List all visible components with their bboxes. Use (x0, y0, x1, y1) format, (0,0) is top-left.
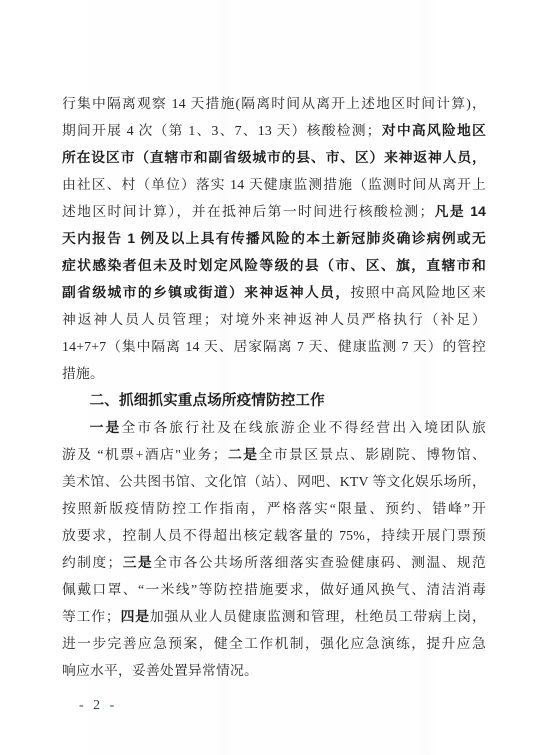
text-line: 响应水平，妥善处置异常情况。 (62, 657, 486, 684)
text-line: 行集中隔离观察 14 天措施(隔离时间从离开上述地区时间计算)， (62, 90, 486, 117)
text-line: 神返神人员人员管理；对境外来神返神人员严格执行（补足） (62, 306, 486, 333)
text-run: 按照新版疫情防控工作指南，严格落实“限量、预约、错峰”开 (62, 501, 486, 516)
text-run: 全市各公共场所落细落实查验健康码、测温、规范 (153, 555, 486, 570)
text-run: 症状感染者但未及时划定风险等级的县（市、区、旗，直辖市和 (62, 258, 486, 273)
text-line: 约制度；三是全市各公共场所落细落实查验健康码、测温、规范 (62, 549, 486, 576)
text-line: 放要求，控制人员不得超出核定载客量的 75%，持续开展门票预 (62, 522, 486, 549)
text-line: 一是全市各旅行社及在线旅游企业不得经营出入境团队旅 (62, 414, 486, 441)
text-run: 神返神人员人员管理；对境外来神返神人员严格执行（补足） (62, 312, 486, 327)
text-line: 美术馆、公共图书馆、文化馆（站）、网吧、KTV 等文化娱乐场所， (62, 468, 486, 495)
text-line: 副省级城市的乡镇或街道）来神返神人员，按照中高风险地区来 (62, 279, 486, 306)
text-run: 佩戴口罩、“一米线”等防控措施要求，做好通风换气、清洁消毒 (62, 582, 486, 597)
text-run: 三是 (122, 555, 154, 570)
text-line: 天内报告 1 例及以上具有传播风险的本土新冠肺炎确诊病例或无 (62, 225, 486, 252)
document-page: 行集中隔离观察 14 天措施(隔离时间从离开上述地区时间计算)，期间开展 4 次… (0, 0, 533, 755)
text-run: 措施。 (62, 366, 104, 381)
text-run: 一是 (90, 420, 122, 435)
text-run: 副省级城市的乡镇或街道）来神返神人员， (62, 285, 351, 300)
text-run: 二是 (227, 447, 259, 462)
text-line: 按照新版疫情防控工作指南，严格落实“限量、预约、错峰”开 (62, 495, 486, 522)
text-run: 述地区时间计算），并在抵神后第一时间进行核酸检测； (62, 204, 433, 219)
text-run: 等工作； (62, 609, 120, 624)
text-run: 二、抓细抓实重点场所疫情防控工作 (90, 393, 325, 409)
document-body: 行集中隔离观察 14 天措施(隔离时间从离开上述地区时间计算)，期间开展 4 次… (62, 90, 486, 684)
section-heading: 二、抓细抓实重点场所疫情防控工作 (62, 387, 486, 414)
text-run: 由社区、村（单位）落实 14 天健康监测措施（监测时间从离开上 (62, 177, 486, 192)
text-run: 14+7+7（集中隔离 14 天、居家隔离 7 天、健康监测 7 天）的管控 (62, 339, 486, 354)
text-line: 由社区、村（单位）落实 14 天健康监测措施（监测时间从离开上 (62, 171, 486, 198)
text-run: 约制度； (62, 555, 122, 570)
text-line: 期间开展 4 次（第 1、3、7、13 天）核酸检测；对中高风险地区 (62, 117, 486, 144)
text-run: 对中高风险地区 (381, 123, 486, 138)
text-line: 佩戴口罩、“一米线”等防控措施要求，做好通风换气、清洁消毒 (62, 576, 486, 603)
text-run: 期间开展 4 次（第 1、3、7、13 天）核酸检测； (62, 123, 381, 138)
text-run: 所在设区市（直辖市和副省级城市的县、市、区）来神返神人员， (62, 150, 486, 165)
text-line: 游及 “机票+酒店"业务；二是全市景区景点、影剧院、博物馆、 (62, 441, 486, 468)
page-number: - 2 - (79, 698, 117, 714)
text-line: 进一步完善应急预案，健全工作机制，强化应急演练，提升应急 (62, 630, 486, 657)
text-run: 凡是 14 (433, 204, 486, 219)
text-line: 述地区时间计算），并在抵神后第一时间进行核酸检测；凡是 14 (62, 198, 486, 225)
text-run: 行集中隔离观察 14 天措施(隔离时间从离开上述地区时间计算)， (62, 96, 486, 111)
text-run: 放要求，控制人员不得超出核定载客量的 75%，持续开展门票预 (62, 528, 486, 543)
text-run: 按照中高风险地区来 (351, 285, 486, 300)
text-run: 天内报告 1 例及以上具有传播风险的本土新冠肺炎确诊病例或无 (62, 231, 486, 246)
text-line: 等工作；四是加强从业人员健康监测和管理，杜绝员工带病上岗， (62, 603, 486, 630)
text-run: 游及 “机票+酒店"业务； (62, 447, 227, 462)
text-run: 四是 (120, 609, 150, 624)
text-line: 所在设区市（直辖市和副省级城市的县、市、区）来神返神人员， (62, 144, 486, 171)
text-line: 症状感染者但未及时划定风险等级的县（市、区、旗，直辖市和 (62, 252, 486, 279)
text-run: 美术馆、公共图书馆、文化馆（站）、网吧、KTV 等文化娱乐场所， (62, 474, 486, 489)
text-run: 响应水平，妥善处置异常情况。 (62, 663, 258, 678)
text-run: 加强从业人员健康监测和管理，杜绝员工带病上岗， (150, 609, 486, 624)
text-run: 全市各旅行社及在线旅游企业不得经营出入境团队旅 (121, 420, 486, 435)
text-run: 全市景区景点、影剧院、博物馆、 (259, 447, 486, 462)
text-line: 措施。 (62, 360, 486, 387)
text-line: 14+7+7（集中隔离 14 天、居家隔离 7 天、健康监测 7 天）的管控 (62, 333, 486, 360)
text-run: 进一步完善应急预案，健全工作机制，强化应急演练，提升应急 (62, 636, 486, 651)
